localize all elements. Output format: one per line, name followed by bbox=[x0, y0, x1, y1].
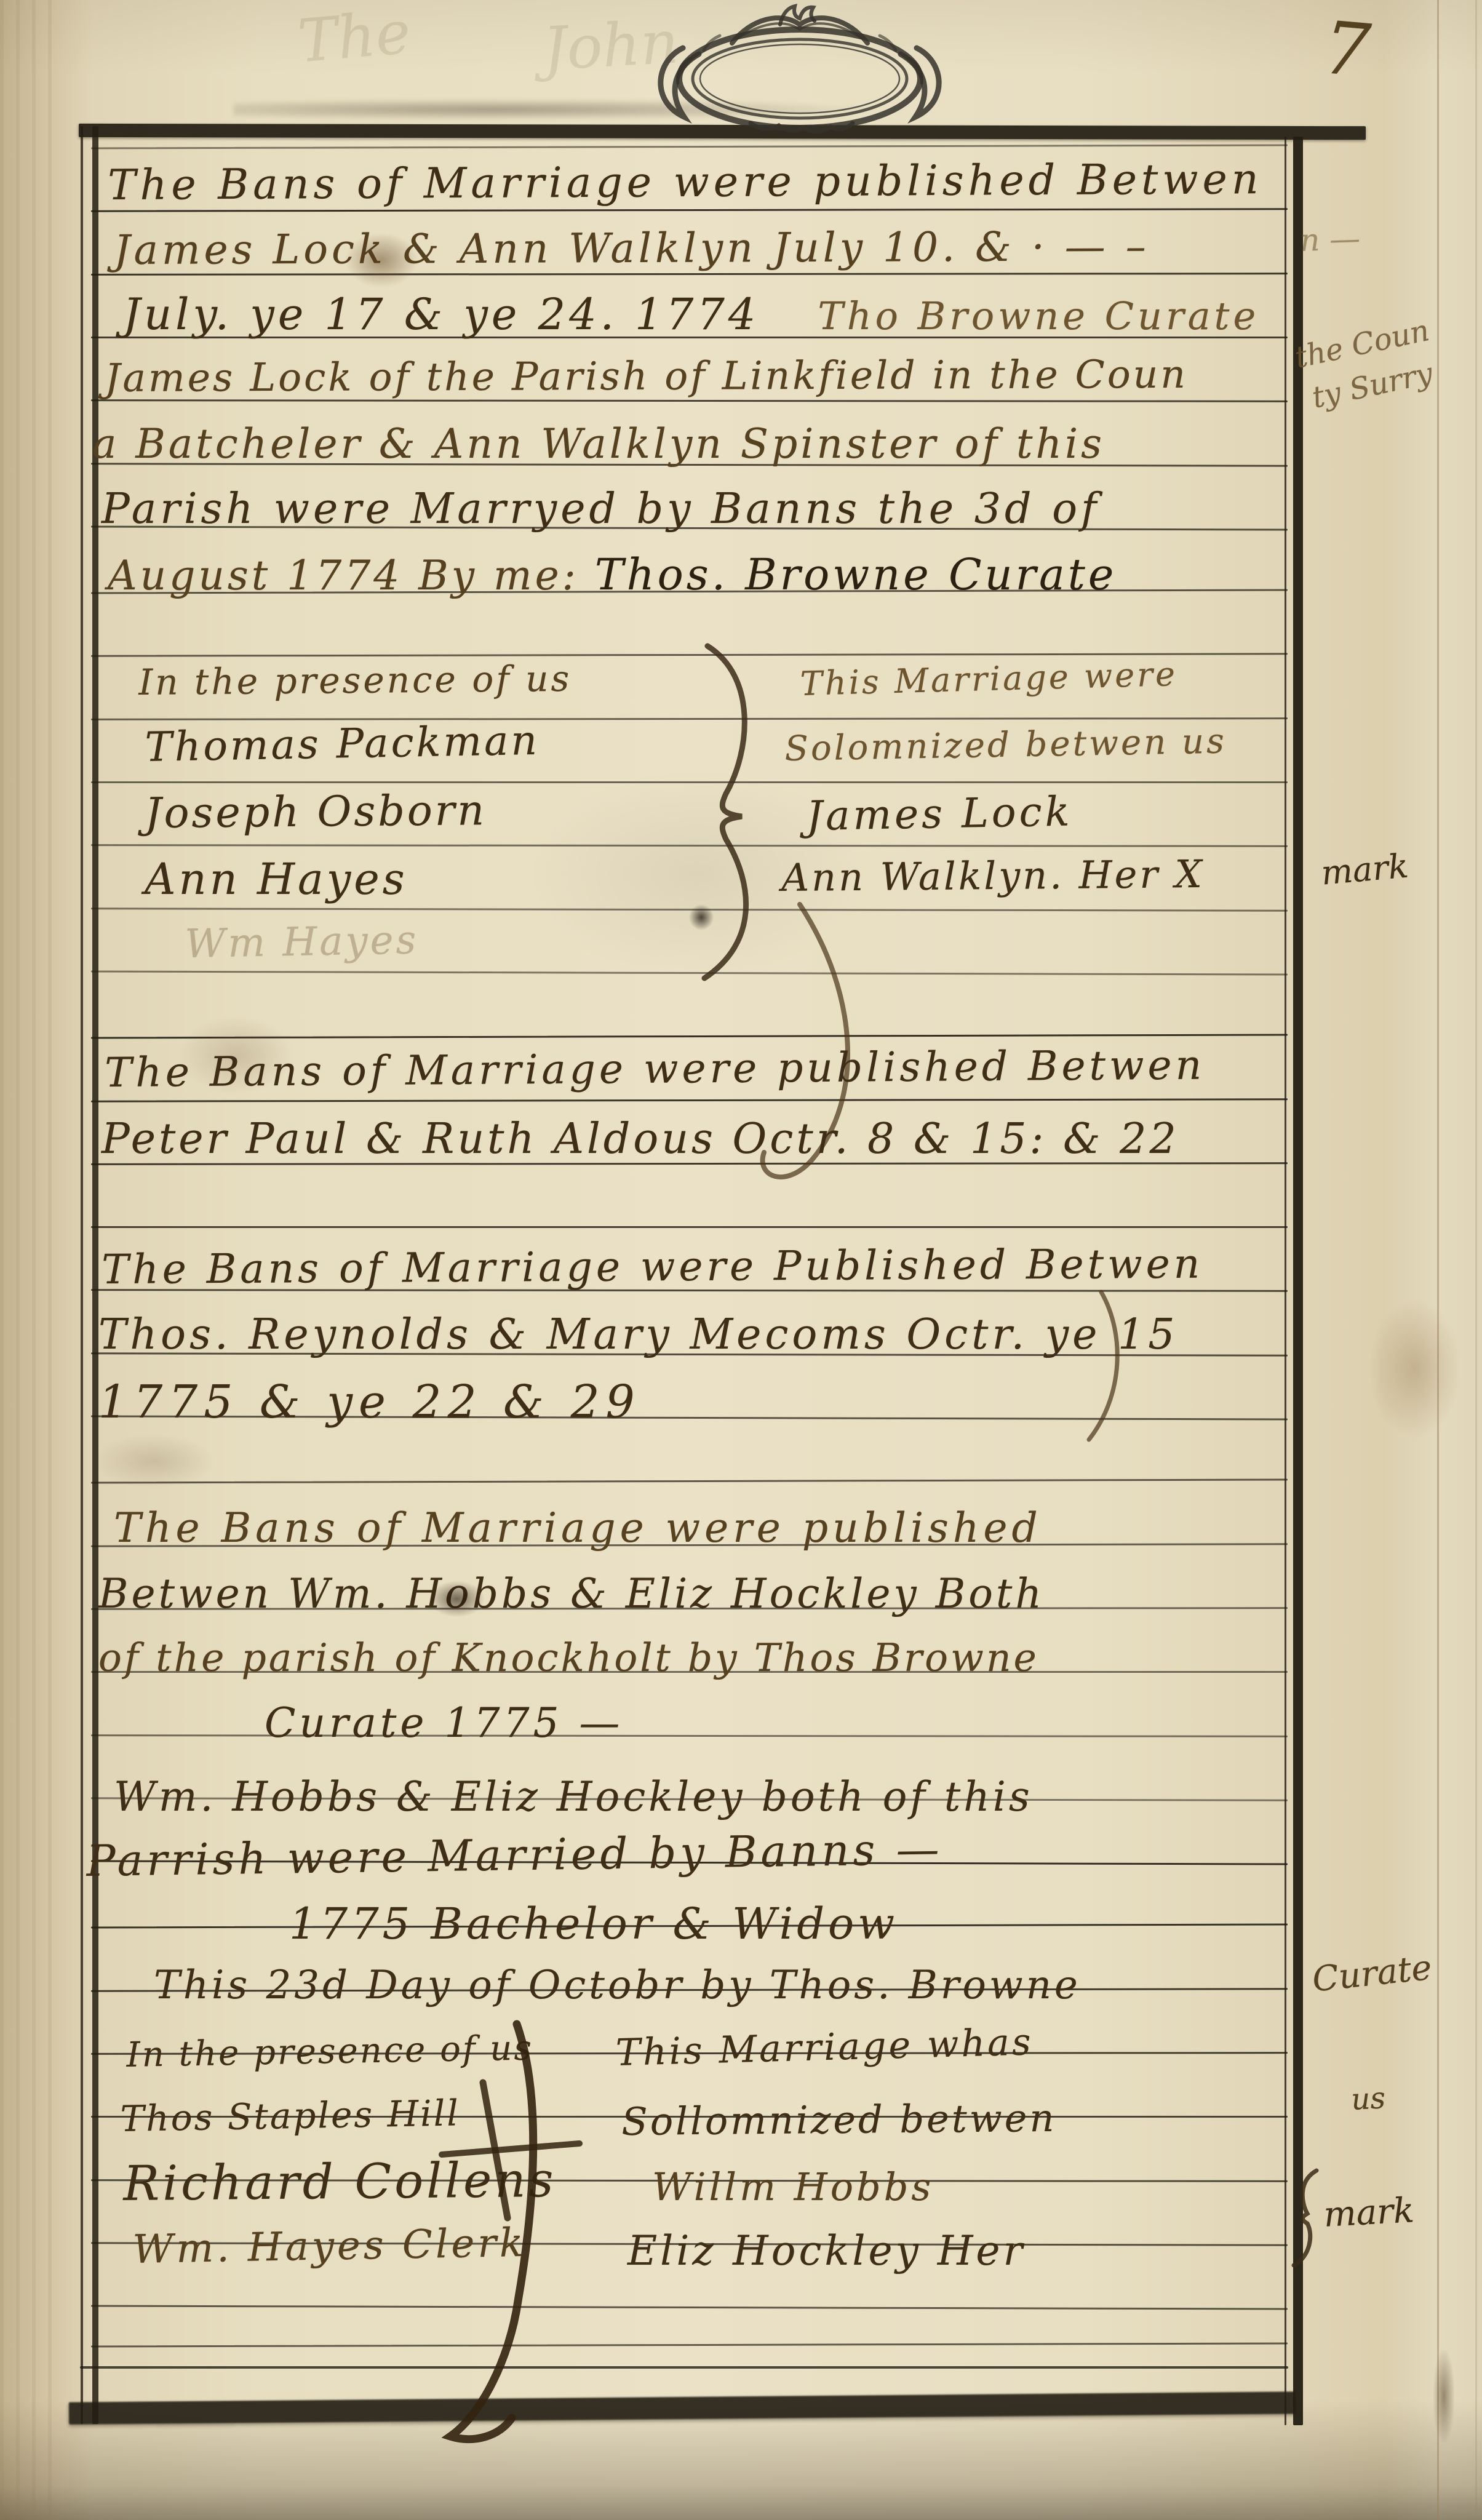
witness1-signature: Joseph Osborn bbox=[145, 786, 487, 838]
witness2-declaration: Sollomnized betwen bbox=[621, 2095, 1057, 2144]
witness1-signature: Thomas Packman bbox=[145, 717, 540, 771]
paper-seam bbox=[1437, 0, 1439, 2520]
ink-brace bbox=[424, 2012, 597, 2455]
parish-register-page: The John 7 The Bans of Marriage were pub… bbox=[0, 0, 1482, 2520]
entry5-line4: This 23d Day of Octobr by Thos. Browne bbox=[154, 1963, 1081, 2008]
witness1-intro: In the presence of us bbox=[138, 658, 572, 703]
entry4-line4: Curate 1775 — bbox=[265, 1699, 623, 1747]
entry1-line5: a Batcheler & Ann Walklyn Spinster of th… bbox=[92, 420, 1105, 468]
entry2-line2: Peter Paul & Ruth Aldous Octr. 8 & 15: &… bbox=[102, 1115, 1179, 1163]
paper-seam bbox=[1475, 0, 1477, 2520]
ruled-line bbox=[91, 2305, 1288, 2310]
entry4-line2: Betwen Wm. Hobbs & Eliz Hockley Both bbox=[98, 1570, 1045, 1617]
witness2-declaration: This Marriage whas bbox=[615, 2020, 1034, 2075]
entry5-margin-curate: Curate bbox=[1310, 1948, 1433, 2000]
ruled-line bbox=[91, 1226, 1288, 1228]
ruled-line bbox=[91, 1098, 1288, 1102]
entry1-line1: The Bans of Marriage were published Betw… bbox=[108, 155, 1263, 210]
frame-left-border bbox=[81, 126, 83, 2424]
entry1-line3-curate: Tho Browne Curate bbox=[818, 293, 1259, 338]
ruled-line bbox=[91, 144, 1288, 149]
entry3-line1: The Bans of Marriage were Published Betw… bbox=[102, 1240, 1203, 1293]
ruled-line bbox=[91, 1478, 1288, 1483]
entry4-line3: of the parish of Knockholt by Thos Brown… bbox=[98, 1635, 1039, 1680]
entry1-line6: Parish were Marryed by Banns the 3d of bbox=[102, 485, 1100, 533]
frame-left-border bbox=[92, 126, 98, 2424]
frame-right-border bbox=[1285, 137, 1286, 2425]
cartouche-crown-icon bbox=[646, 0, 954, 135]
entry3-line2: Thos. Reynolds & Mary Mecoms Octr. ye 15 bbox=[98, 1310, 1179, 1359]
ink-brace bbox=[1283, 2166, 1326, 2270]
entry3-line3: 1775 & ye 22 & 29 bbox=[98, 1376, 641, 1429]
entry4-line1: The Bans of Marriage were published bbox=[114, 1504, 1042, 1552]
paper-stain bbox=[92, 1433, 215, 1489]
entry1-line7-signature: Thos. Browne Curate bbox=[595, 549, 1117, 600]
ink-flourish bbox=[1064, 1286, 1138, 1446]
witness1-declaration: Solomnized betwen us bbox=[784, 721, 1227, 769]
entry1-line2: James Lock & Ann Walklyn July 10. & · — … bbox=[114, 223, 1150, 274]
witness1-declaration: This Marriage were bbox=[800, 655, 1178, 703]
entry1-margin-continuation: n — bbox=[1299, 221, 1361, 258]
witness1-margin-mark: mark bbox=[1320, 847, 1410, 893]
witness2-margin-mark: mark bbox=[1323, 2190, 1415, 2235]
witness1-signature: Ann Hayes bbox=[145, 854, 408, 904]
frame-bottom-border bbox=[80, 2366, 1288, 2369]
frame-bottom-border bbox=[69, 2391, 1296, 2424]
entry5-line1: Wm. Hobbs & Eliz Hockley both of this bbox=[114, 1773, 1033, 1820]
entry5-line3: 1775 Bachelor & Widow bbox=[289, 1899, 898, 1949]
ghost-text: The bbox=[295, 0, 413, 76]
entry1-line4: James Lock of the Parish of Linkfield in… bbox=[105, 352, 1188, 401]
witness2-signature: Thos Staples Hill bbox=[120, 2092, 460, 2140]
paper-stain bbox=[1369, 1298, 1461, 1440]
witness2-groom-signature: Willm Hobbs bbox=[652, 2164, 934, 2209]
entry5-line2: Parrish were Married by Banns — bbox=[86, 1824, 943, 1886]
witness2-margin-us: us bbox=[1350, 2081, 1386, 2117]
witness2-bride-signature: Eliz Hockley Her bbox=[627, 2227, 1026, 2275]
frame-right-border bbox=[1293, 137, 1303, 2425]
page-number: 7 bbox=[1320, 5, 1374, 94]
entry2-line1: The Bans of Marriage were published Betw… bbox=[105, 1042, 1205, 1096]
witness1-groom-signature: James Lock bbox=[806, 787, 1073, 840]
entry1-line7-text: August 1774 By me: bbox=[108, 552, 595, 599]
entry1-line3-dates: July. ye 17 & ye 24. 1774 bbox=[123, 289, 759, 340]
ruled-line bbox=[91, 2342, 1288, 2347]
binding-edge bbox=[0, 0, 62, 2520]
witness1-bride-signature: Ann Walklyn. Her X bbox=[781, 851, 1205, 900]
witness1-ghost-signature: Wm Hayes bbox=[185, 917, 419, 967]
ruled-line bbox=[91, 1034, 1288, 1039]
